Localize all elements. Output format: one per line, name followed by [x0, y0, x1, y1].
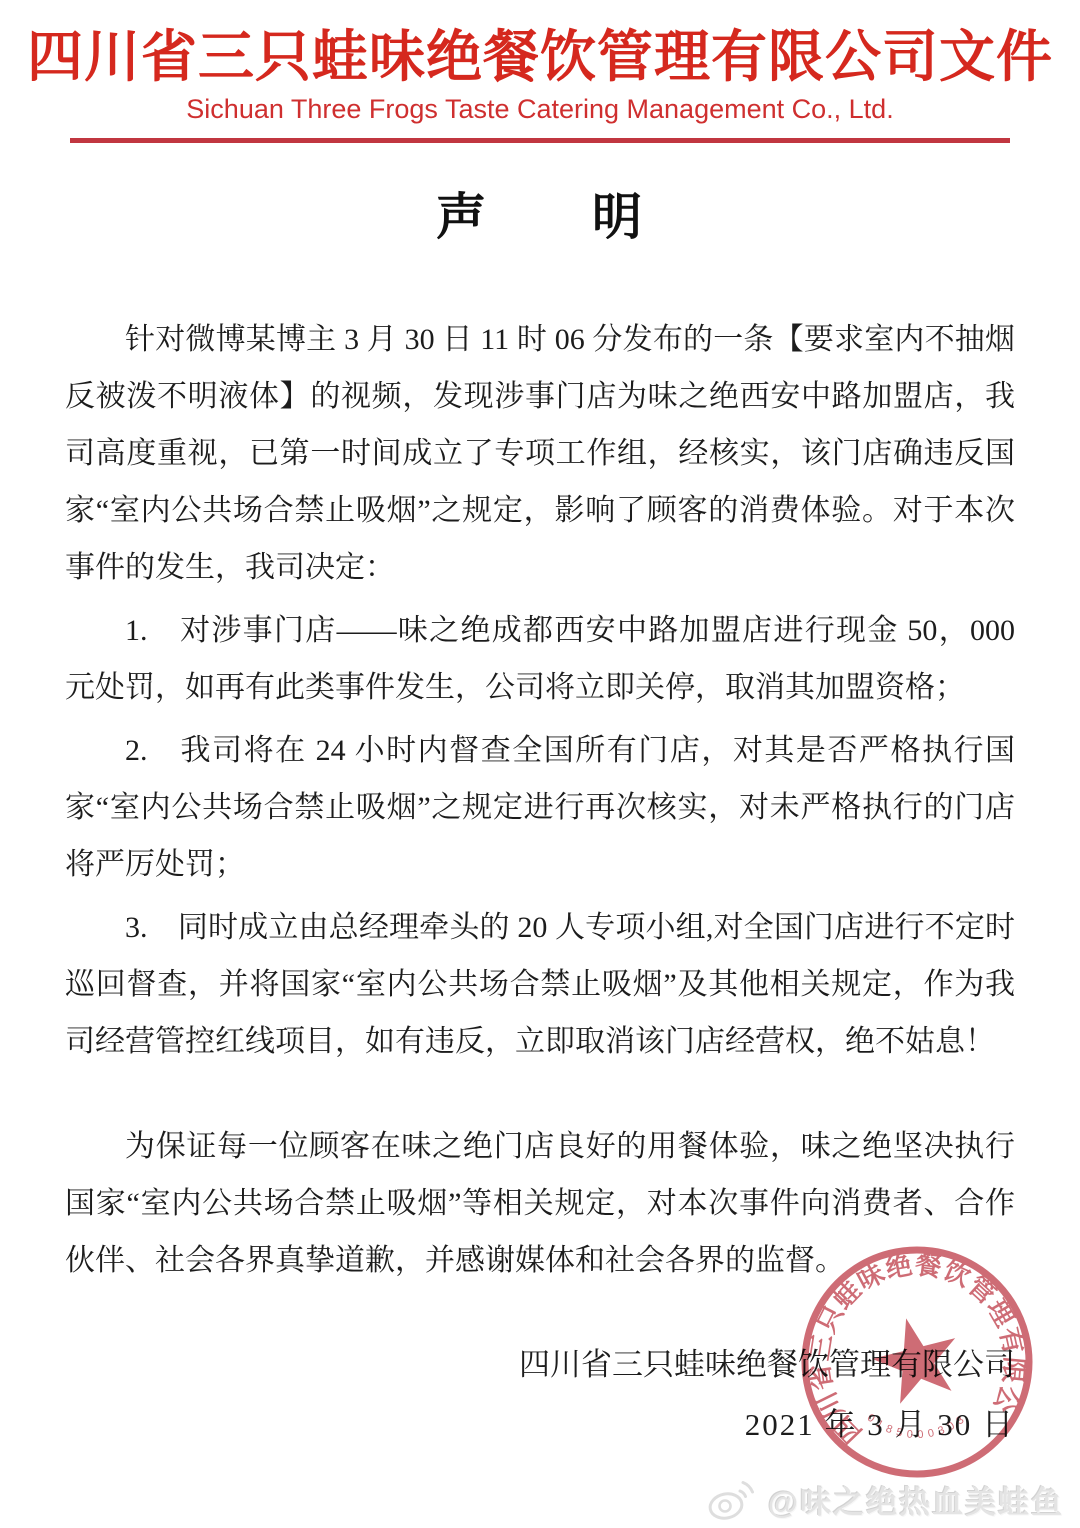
- paragraph-item-1: 1. 对涉事门店——味之绝成都西安中路加盟店进行现金 50，000 元处罚，如再…: [65, 602, 1015, 716]
- signature-date: 2021 年 3 月 30 日: [0, 1395, 1015, 1455]
- weibo-watermark: @味之绝热血美蛙鱼: [706, 1477, 1064, 1522]
- signature-block: 四川省三只蛙味绝餐饮管理有限公司 2021 年 3 月 30 日: [0, 1335, 1080, 1455]
- paragraph-intro: 针对微博某博主 3 月 30 日 11 时 06 分发布的一条【要求室内不抽烟反…: [65, 311, 1015, 596]
- document-title: 声 明: [0, 177, 1080, 249]
- paragraph-closing: 为保证每一位顾客在味之绝门店良好的用餐体验，味之绝坚决执行国家“室内公共场合禁止…: [65, 1118, 1015, 1289]
- paragraph-item-3: 3. 同时成立由总经理牵头的 20 人专项小组,对全国门店进行不定时巡回督查，并…: [65, 899, 1015, 1070]
- signature-company: 四川省三只蛙味绝餐饮管理有限公司: [0, 1335, 1015, 1395]
- weibo-icon: [706, 1478, 758, 1522]
- letterhead-company-name-en: Sichuan Three Frogs Taste Catering Manag…: [0, 94, 1080, 125]
- letterhead: 四川省三只蛙味绝餐饮管理有限公司文件 Sichuan Three Frogs T…: [0, 0, 1080, 143]
- document-body: 针对微博某博主 3 月 30 日 11 时 06 分发布的一条【要求室内不抽烟反…: [65, 311, 1015, 1289]
- letterhead-company-name: 四川省三只蛙味绝餐饮管理有限公司文件: [0, 26, 1080, 90]
- watermark-handle: @味之绝热血美蛙鱼: [768, 1477, 1064, 1522]
- document-page: 四川省三只蛙味绝餐饮管理有限公司文件 Sichuan Three Frogs T…: [0, 0, 1080, 1528]
- letterhead-divider: [70, 138, 1010, 143]
- paragraph-item-2: 2. 我司将在 24 小时内督查全国所有门店，对其是否严格执行国家“室内公共场合…: [65, 722, 1015, 893]
